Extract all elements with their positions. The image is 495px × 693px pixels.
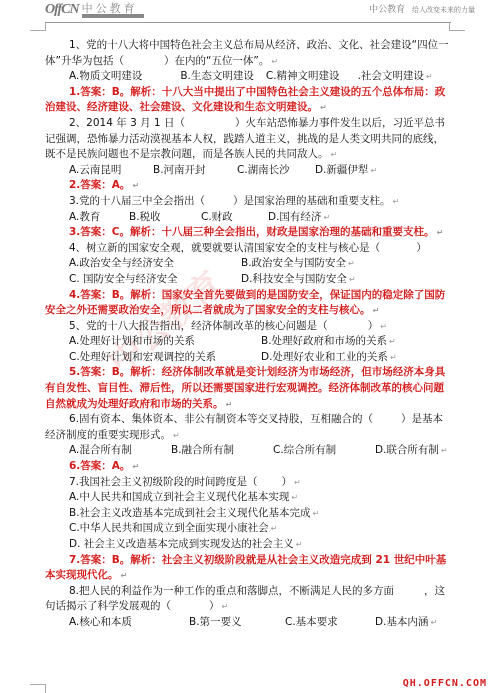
option-c: C.基本要求 [285, 615, 375, 631]
question-5-options-row-1: A.处理好计划和市场的关系 B.处理好政府和市场的关系↵ [45, 334, 450, 350]
option-b: B.处理好政府和市场的关系 [261, 334, 387, 350]
option-d: D.国有经济 [268, 210, 321, 226]
offcn-logo: OffCN 中公教育 [45, 0, 144, 20]
option-c: C.财政 [201, 210, 268, 226]
question-5-stem: 5、党的十八大报告指出，经济体制改革的核心问题是（）↵ [45, 319, 450, 335]
header-divider [45, 22, 451, 23]
return-mark-icon: ↵ [132, 462, 139, 471]
question-7-option-c: C.中华人民共和国成立到全面实现小康社会↵ [45, 521, 450, 537]
option-a: A.处理好计划和市场的关系 [69, 334, 261, 350]
header-brand: 中公教育 [369, 5, 405, 15]
header-tagline: 中公教育 给人改变未来的力量 [369, 2, 475, 15]
margin-corner-top-left [30, 22, 46, 31]
return-mark-icon: ↵ [173, 431, 180, 440]
question-1-options: A.物质文明建设B.生态文明建设C.精神文明建设.社会文明建设↵ [45, 69, 450, 85]
question-3-options: A.教育 B.税收 C.财政 D.国有经济↵ [45, 210, 450, 226]
return-mark-icon: ↵ [222, 602, 229, 611]
option-b: B.融合所有制 [171, 443, 273, 459]
option-c: C.精神文明建设 [266, 70, 340, 82]
return-mark-icon: ↵ [426, 72, 433, 81]
option-a: A.物质文明建设 [69, 70, 142, 82]
logo-slogan-bar [82, 14, 144, 18]
return-mark-icon: ↵ [313, 509, 320, 518]
answer-6: 6.答案：A。↵ [45, 459, 450, 475]
option-c: C. 国防安全与经济安全 [69, 272, 241, 288]
option-b: B.第一要义 [189, 615, 285, 631]
footer-url: QH.OFFCN.COM [403, 678, 487, 689]
return-mark-icon: ↵ [390, 350, 397, 366]
question-2-options: A.云南昆明 B.河南开封 C.湖南长沙 D.新疆伊犁↵ [45, 163, 450, 179]
option-c: C.湖南长沙 [237, 163, 315, 179]
question-1-stem: 1、党的十八大将中国特色社会主义总布局从经济、政治、文化、社会建设“四位一体”升… [45, 38, 450, 69]
return-mark-icon: ↵ [373, 306, 380, 315]
return-mark-icon: ↵ [226, 400, 233, 409]
question-8-options: A.核心和本质 B.第一要义 C.基本要求 D.基本内涵↵ [45, 615, 450, 631]
question-7-stem: 7.我国社会主义初级阶段的时间跨度是（）↵ [45, 475, 450, 491]
return-mark-icon: ↵ [389, 334, 396, 350]
question-3-stem: 3.党的十八届三中全会指出（）是国家治理的基础和重要支柱。↵ [45, 194, 450, 210]
question-4-options-row-1: A.政治安全与经济安全 B.政治安全与国防安全↵ [45, 256, 450, 272]
question-8-stem: 8.把人民的利益作为一种工作的重点和落脚点，不断满足人民的多方面，这句话揭示了科… [45, 584, 450, 615]
return-mark-icon: ↵ [348, 256, 355, 272]
question-7-option-b: B.社会主义改造基本完成到社会主义现代化基本完成↵ [45, 506, 450, 522]
return-mark-icon: ↵ [121, 571, 128, 580]
return-mark-icon: ↵ [271, 524, 278, 533]
return-mark-icon: ↵ [132, 181, 139, 190]
option-d: D.联合所有制 [375, 443, 439, 459]
question-2-stem: 2、2014 年 3 月 1 日（）火车站恐怖暴力事件发生以后，习近平总书记强调… [45, 116, 450, 163]
option-d: D.基本内涵 [375, 615, 428, 631]
question-6-stem: 6.固有资本、集体资本、非公有制资本等交叉持股，互相融合的（）是基本经济制度的重… [45, 412, 450, 443]
question-4-options-row-2: C. 国防安全与经济安全 D.科技安全与国防安全↵ [45, 272, 450, 288]
option-b: B.河南开封 [153, 163, 237, 179]
option-a: A.政治安全与经济安全 [69, 256, 241, 272]
return-mark-icon: ↵ [271, 57, 278, 66]
return-mark-icon: ↵ [393, 197, 400, 206]
return-mark-icon: ↵ [296, 540, 303, 549]
question-5-options-row-2: C.处理好计划和宏观调控的关系 D.处理好农业和工业的关系↵ [45, 350, 450, 366]
return-mark-icon: ↵ [294, 478, 301, 487]
option-a: A.云南昆明 [69, 163, 153, 179]
return-mark-icon: ↵ [370, 163, 377, 179]
return-mark-icon: ↵ [437, 228, 444, 237]
option-d: D.新疆伊犁 [315, 163, 368, 179]
option-d: D.处理好农业和工业的关系 [261, 350, 388, 366]
option-b: B.税收 [129, 210, 201, 226]
answer-5: 5.答案：B。解析：经济体制改革就是变计划经济为市场经济，但市场经济本身具有自发… [45, 365, 450, 412]
answer-1: 1.答案：B。解析：十八大当中提出了中国特色社会主义建设的五个总体布局：政治建设… [45, 85, 450, 116]
return-mark-icon: ↵ [380, 322, 387, 331]
return-mark-icon: ↵ [323, 210, 330, 226]
return-mark-icon: ↵ [320, 103, 327, 112]
question-6-options: A.混合所有制 B.融合所有制 C.综合所有制 D.联合所有制↵ [45, 443, 450, 459]
page-header: OffCN 中公教育 中公教育 给人改变未来的力量 [0, 0, 495, 35]
option-b: B.生态文明建设 [180, 70, 254, 82]
return-mark-icon: ↵ [441, 443, 448, 459]
option-b: B.政治安全与国防安全 [241, 256, 346, 272]
document-body: 1、党的十八大将中国特色社会主义总布局从经济、政治、文化、社会建设“四位一体”升… [45, 38, 450, 631]
option-c: C.处理好计划和宏观调控的关系 [69, 350, 261, 366]
return-mark-icon: ↵ [291, 493, 298, 502]
logo-chinese-name: 中公教育 [82, 3, 144, 14]
header-slogan: 给人改变未来的力量 [412, 6, 475, 14]
return-mark-icon: ↵ [349, 272, 356, 288]
margin-corner-bottom-left [30, 684, 46, 693]
answer-4: 4.答案：B。解析：国家安全首先要做到的是国防安全，保证国内的稳定除了国防安全之… [45, 288, 450, 319]
return-mark-icon: ↵ [430, 615, 437, 631]
option-a: A.核心和本质 [69, 615, 189, 631]
question-4-stem: 4、树立新的国家安全观，就要就要认清国家安全的支柱与核心是（） [45, 241, 450, 257]
option-d: D.科技安全与国防安全 [241, 272, 347, 288]
logo-mark: OffCN [45, 2, 79, 18]
option-c: C.综合所有制 [273, 443, 375, 459]
return-mark-icon: ↵ [331, 150, 338, 159]
answer-3: 3.答案：C。解析：十八届三种全会指出，财政是国家治理的基础和重要支柱。↵ [45, 225, 450, 241]
answer-2: 2.答案：A。↵ [45, 178, 450, 194]
margin-corner-top-right [449, 22, 465, 31]
option-a: A.教育 [69, 210, 129, 226]
option-d: .社会文明建设 [358, 70, 424, 82]
question-7-option-d: D. 社会主义改造基本完成到实现发达的社会主义↵ [45, 537, 450, 553]
answer-7: 7.答案：B。解析：社会主义初级阶段就是从社会主义改造完成到 21 世纪中叶基本… [45, 553, 450, 584]
question-7-option-a: A.中人民共和国成立到社会主义现代化基本实现↵ [45, 490, 450, 506]
option-a: A.混合所有制 [69, 443, 171, 459]
